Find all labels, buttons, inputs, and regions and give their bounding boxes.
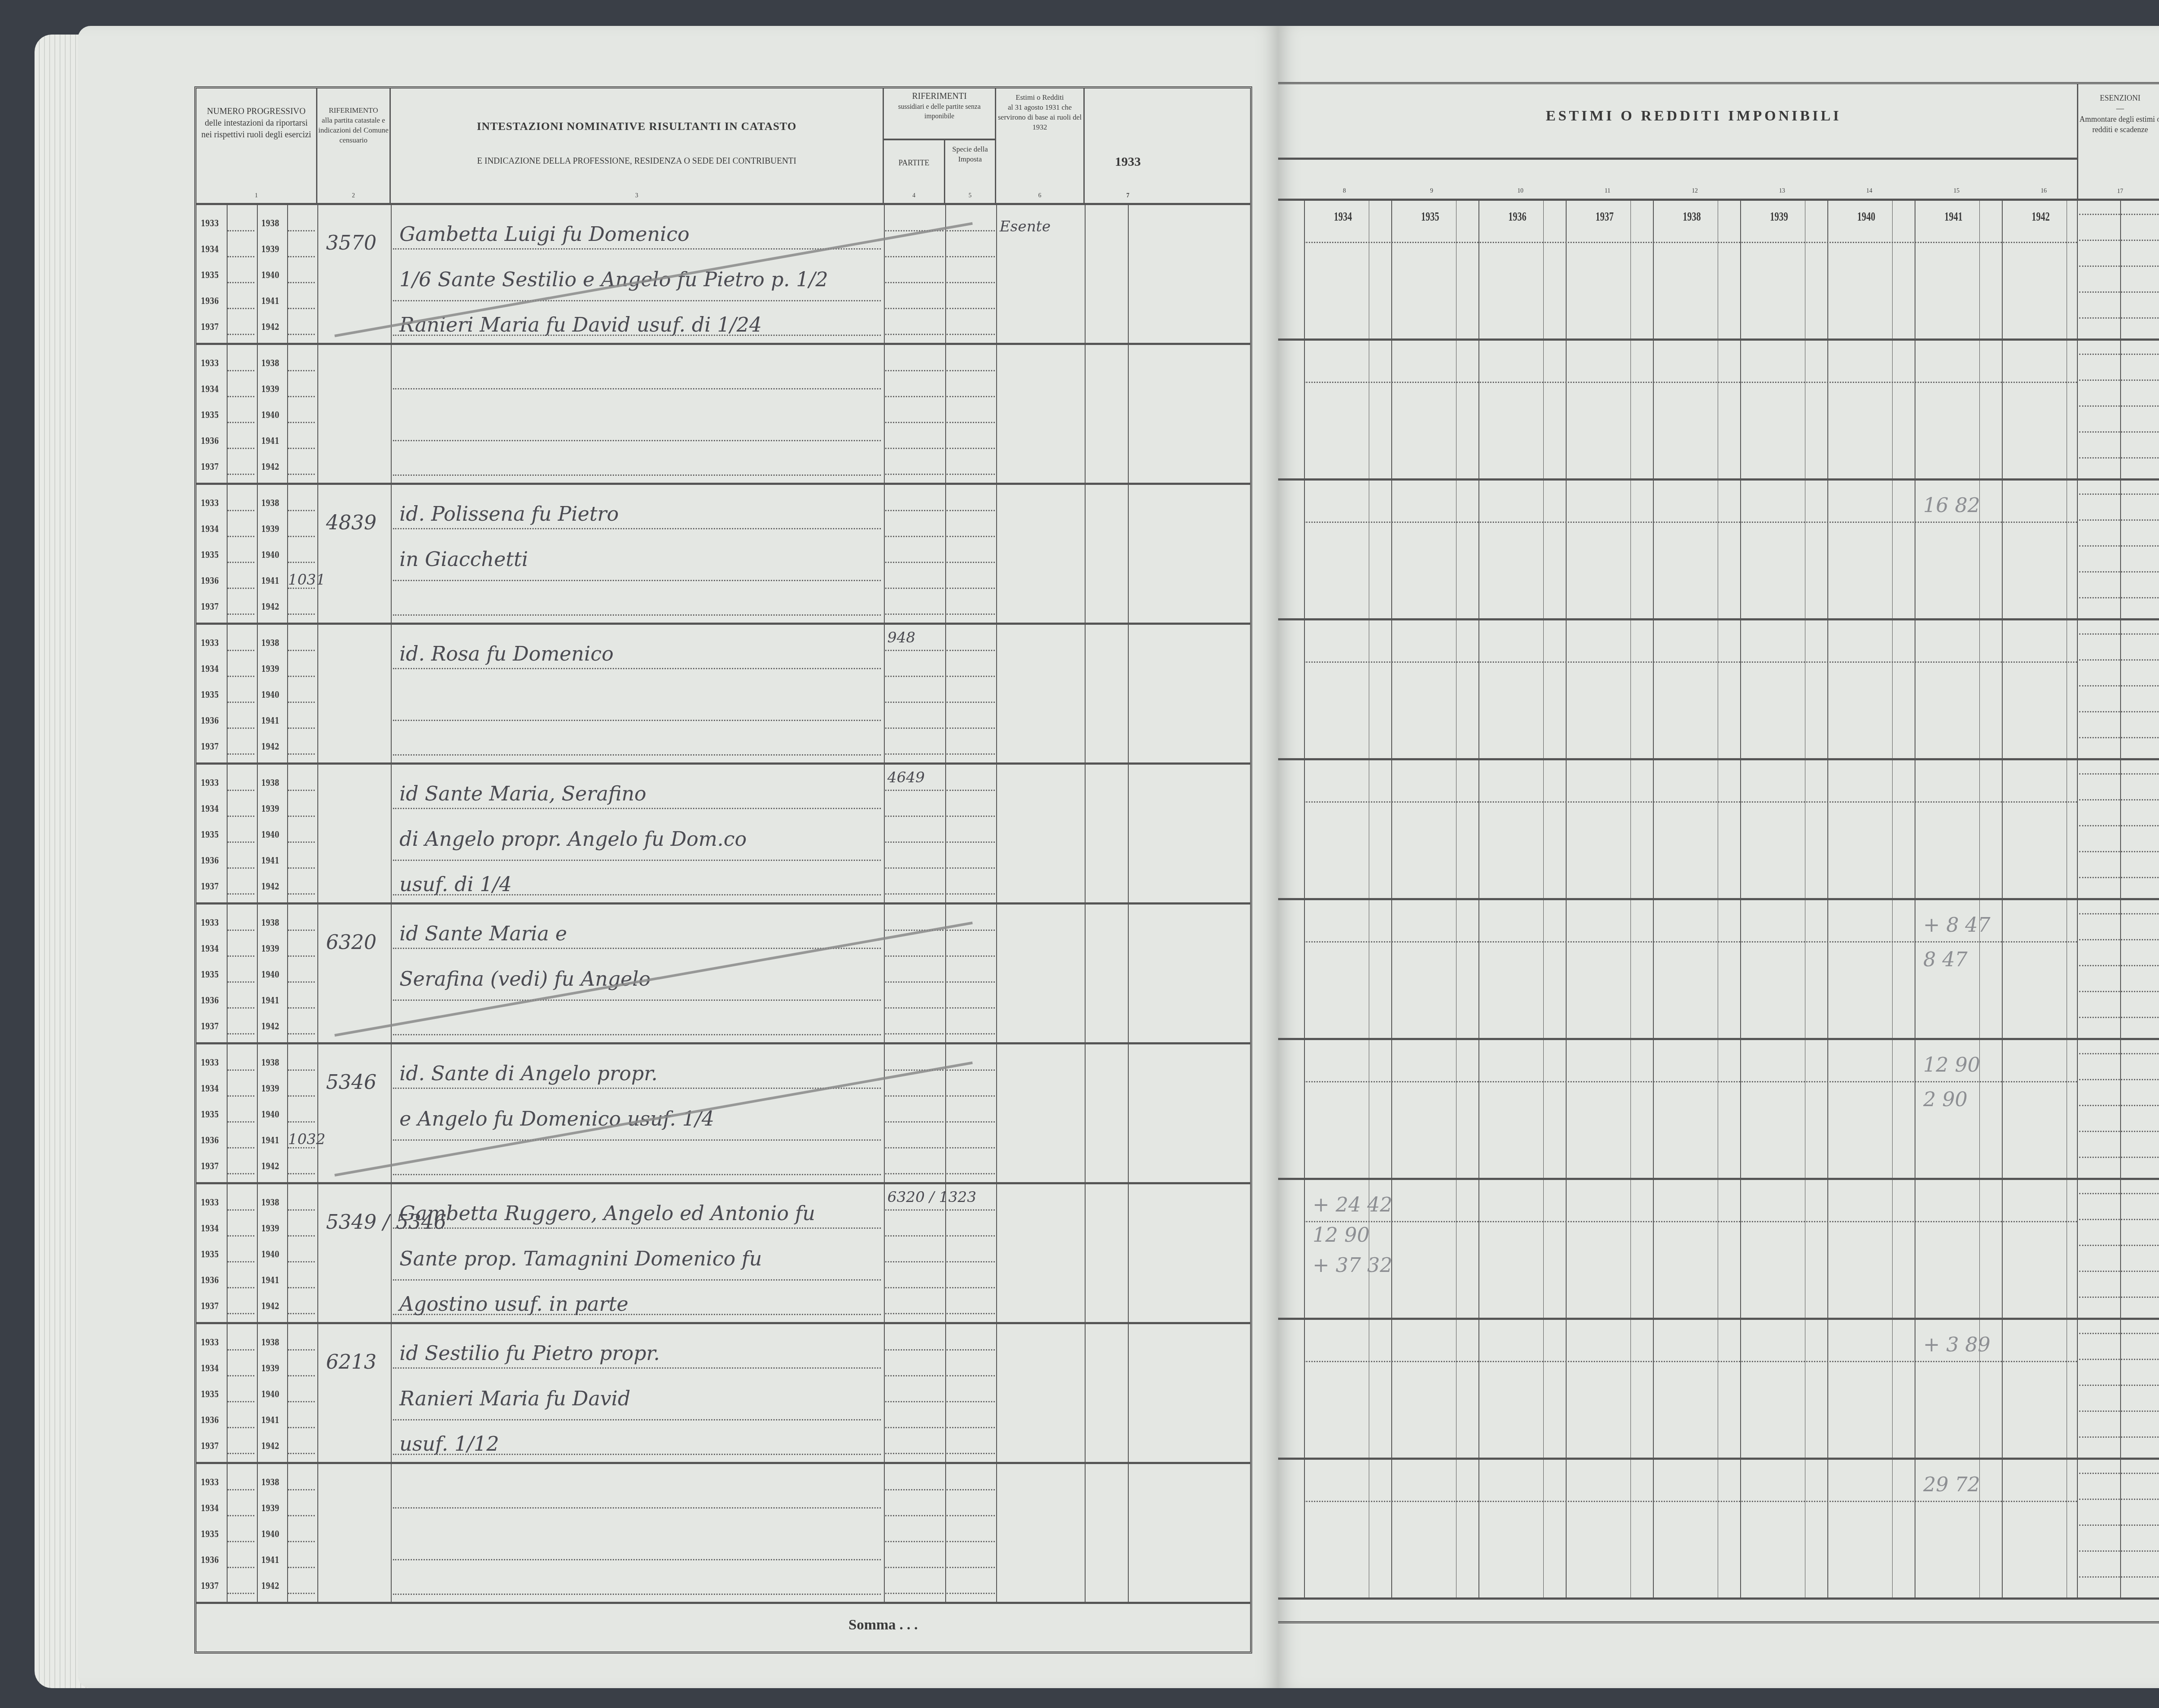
- year-label: 1942: [261, 741, 279, 752]
- year-label: 1933: [201, 778, 219, 788]
- table-row: 1933193819341939193519401936194119371942: [196, 345, 1250, 485]
- year-label: 1936: [201, 576, 219, 586]
- year-label: 1939: [261, 524, 279, 534]
- table-row: [1278, 900, 2159, 1040]
- header-numero-progressivo: NUMERO PROGRESSIVO delle intestazioni da…: [196, 89, 317, 203]
- year-label: 1935: [201, 829, 219, 840]
- estimo-value: + 3 89: [1923, 1333, 1991, 1356]
- estimo-value: 12 90: [1313, 1223, 1370, 1246]
- year-label: 1939: [261, 943, 279, 954]
- year-label: 1935: [201, 1529, 219, 1539]
- year-label: 1934: [201, 384, 219, 394]
- year-label: 1937: [201, 1441, 219, 1451]
- year-label: 1940: [261, 550, 279, 560]
- year-label: 1934: [201, 1223, 219, 1234]
- year-label: 1936: [201, 715, 219, 726]
- table-row: [1278, 341, 2159, 481]
- table-row: 1933193819341939193519401936194119371942…: [196, 1184, 1250, 1324]
- year-label: 1937: [201, 1161, 219, 1171]
- table-row: 1933193819341939193519401936194119371942…: [196, 625, 1250, 765]
- year-label: 1942: [261, 1441, 279, 1451]
- year-label: 1940: [261, 829, 279, 840]
- year-label: 1935: [201, 1249, 219, 1259]
- year-label: 1936: [201, 995, 219, 1006]
- column-number: 12: [1692, 188, 1698, 195]
- header-esenzioni: ESENZIONI — Ammontare degli estimi o red…: [2077, 84, 2159, 199]
- year-label: 1933: [201, 218, 219, 228]
- header-1933: 1933 7: [1085, 89, 1171, 203]
- intestazione-line: id Sante Maria e: [399, 922, 567, 945]
- year-label: 1934: [201, 803, 219, 814]
- intestazione-line: Agostino usuf. in parte: [399, 1292, 628, 1316]
- year-label: 1935: [201, 1109, 219, 1120]
- year-label: 1940: [261, 1109, 279, 1120]
- year-label: 1937: [201, 601, 219, 612]
- table-row: [1278, 1040, 2159, 1180]
- year-label: 1938: [261, 1477, 279, 1487]
- intestazione-line: e Angelo fu Domenico usuf. 1/4: [399, 1107, 714, 1130]
- year-label: 1938: [261, 1057, 279, 1068]
- year-label: 1942: [261, 1161, 279, 1171]
- intestazione-line: id Sante Maria, Serafino: [399, 782, 646, 805]
- header-riferimenti: RIFERIMENTI sussidiari e delle partite s…: [884, 89, 996, 140]
- table-row: 1933193819341939193519401936194119371942…: [196, 765, 1250, 905]
- year-label: 1941: [261, 436, 279, 446]
- table-row: [1278, 760, 2159, 900]
- year-label: 1941: [261, 576, 279, 586]
- year-label: 1941: [261, 1415, 279, 1425]
- header-partite: PARTITE 4: [884, 140, 945, 203]
- year-label: 1937: [201, 1021, 219, 1031]
- year-label: 1942: [261, 1581, 279, 1591]
- year-label: 1942: [261, 1021, 279, 1031]
- intestazione-line: Ranieri Maria fu David: [399, 1387, 630, 1410]
- year-label: 1933: [201, 1477, 219, 1487]
- estimo-value: + 37 32: [1313, 1253, 1393, 1277]
- year-label: 1941: [261, 296, 279, 306]
- year-label: 1942: [261, 881, 279, 892]
- year-label: 1937: [201, 462, 219, 472]
- year-label: 1935: [201, 690, 219, 700]
- year-label: 1936: [201, 1415, 219, 1425]
- table-row: [1278, 201, 2159, 341]
- year-label: 1939: [261, 384, 279, 394]
- year-label: 1941: [261, 1135, 279, 1145]
- year-label: 1941: [261, 715, 279, 726]
- table-row: [1278, 1180, 2159, 1320]
- header-intestazioni: INTESTAZIONI NOMINATIVE RISULTANTI IN CA…: [391, 89, 884, 203]
- year-label: 1938: [261, 1197, 279, 1208]
- year-label: 1938: [261, 1337, 279, 1347]
- year-label: 1936: [201, 1555, 219, 1565]
- estimo-1931-value: Esente: [1000, 218, 1051, 235]
- estimi-title: ESTIMI O REDDITI IMPONIBILI: [1546, 108, 1841, 124]
- table-row: 1933193819341939193519401936194119371942: [196, 1464, 1250, 1604]
- year-label: 1937: [201, 1301, 219, 1311]
- year-label: 1938: [261, 498, 279, 508]
- column-number: 13: [1779, 188, 1785, 195]
- year-label: 1939: [261, 1223, 279, 1234]
- year-label: 1935: [201, 1389, 219, 1399]
- year-label: 1942: [261, 322, 279, 332]
- table-row: 1933193819341939193519401936194119371942…: [196, 205, 1250, 345]
- table-row: 1933193819341939193519401936194119371942…: [196, 485, 1250, 625]
- year-label: 1935: [201, 410, 219, 420]
- year-label: 1933: [201, 638, 219, 648]
- partita-reference: 4839: [326, 511, 377, 534]
- year-label: 1934: [201, 664, 219, 674]
- intestazione-line: Sante prop. Tamagnini Domenico fu: [399, 1247, 762, 1270]
- year-label: 1934: [201, 244, 219, 254]
- year-label: 1935: [201, 550, 219, 560]
- intestazione-line: id. Polissena fu Pietro: [399, 502, 619, 525]
- partite-value: 6320 / 1323: [887, 1189, 976, 1206]
- intestazione-line: usuf. 1/12: [399, 1432, 499, 1455]
- year-label: 1941: [261, 995, 279, 1006]
- year-label: 1938: [261, 778, 279, 788]
- year-label: 1938: [261, 917, 279, 928]
- year-label: 1939: [261, 664, 279, 674]
- side-note: 1031: [288, 571, 326, 588]
- estimo-value: + 24 42: [1313, 1193, 1393, 1216]
- partita-reference: 3570: [326, 231, 377, 254]
- year-label: 1933: [201, 358, 219, 368]
- left-register-table: NUMERO PROGRESSIVO delle intestazioni da…: [194, 86, 1252, 1654]
- column-number: 11: [1605, 188, 1610, 195]
- intestazione-line: Gambetta Ruggero, Angelo ed Antonio fu: [399, 1202, 815, 1225]
- year-label: 1940: [261, 969, 279, 980]
- year-label: 1937: [201, 881, 219, 892]
- right-register-table: ESTIMI O REDDITI IMPONIBILI 193481935919…: [1278, 82, 2159, 1623]
- partita-reference: 6213: [326, 1350, 377, 1373]
- year-label: 1942: [261, 601, 279, 612]
- year-label: 1936: [201, 1275, 219, 1285]
- year-label: 1935: [201, 270, 219, 280]
- year-label: 1939: [261, 1083, 279, 1094]
- header-estimi-1931: Estimi o Redditi al 31 agosto 1931 che s…: [996, 89, 1085, 203]
- intestazione-line: usuf. di 1/4: [399, 873, 512, 896]
- column-number: 15: [1953, 188, 1960, 195]
- year-label: 1942: [261, 1301, 279, 1311]
- year-label: 1936: [201, 855, 219, 866]
- header-specie-imposta: Specie della Imposta 5: [945, 140, 996, 203]
- intestazione-line: in Giacchetti: [399, 547, 528, 571]
- side-note: 1032: [288, 1131, 326, 1148]
- year-label: 1934: [201, 1503, 219, 1513]
- partite-value: 948: [887, 629, 915, 646]
- year-label: 1940: [261, 1389, 279, 1399]
- year-label: 1933: [201, 1337, 219, 1347]
- estimo-value: + 8 47: [1923, 913, 1991, 936]
- intestazione-line: di Angelo propr. Angelo fu Dom.co: [399, 827, 747, 851]
- year-label: 1933: [201, 498, 219, 508]
- column-number: 16: [2041, 188, 2047, 195]
- table-row: 1933193819341939193519401936194119371942…: [196, 1324, 1250, 1464]
- table-row: [1278, 1460, 2159, 1600]
- year-label: 1940: [261, 410, 279, 420]
- year-label: 1940: [261, 1249, 279, 1259]
- year-label: 1941: [261, 1555, 279, 1565]
- year-label: 1942: [261, 462, 279, 472]
- intestazione-line: Gambetta Luigi fu Domenico: [399, 222, 690, 246]
- somma-label: Somma . . .: [848, 1617, 918, 1633]
- column-number: 8: [1343, 188, 1346, 195]
- year-label: 1937: [201, 1581, 219, 1591]
- column-number: 10: [1517, 188, 1523, 195]
- header-riferimento: RIFERIMENTO alla partita catastale e ind…: [317, 89, 391, 203]
- estimo-value: 16 82: [1923, 493, 1980, 517]
- year-label: 1939: [261, 244, 279, 254]
- year-label: 1936: [201, 296, 219, 306]
- year-label: 1933: [201, 1197, 219, 1208]
- year-label: 1933: [201, 1057, 219, 1068]
- table-row: [1278, 481, 2159, 620]
- year-label: 1934: [201, 524, 219, 534]
- year-label: 1938: [261, 358, 279, 368]
- partite-value: 4649: [887, 769, 925, 786]
- year-label: 1934: [201, 1083, 219, 1094]
- table-row: [1278, 620, 2159, 760]
- partita-reference: 6320: [326, 930, 377, 954]
- estimo-value: 12 90: [1923, 1053, 1980, 1076]
- year-label: 1940: [261, 270, 279, 280]
- year-label: 1941: [261, 1275, 279, 1285]
- estimo-value: 8 47: [1923, 948, 1967, 971]
- intestazione-line: id. Sante di Angelo propr.: [399, 1062, 658, 1085]
- column-number: 14: [1866, 188, 1872, 195]
- intestazione-line: id Sestilio fu Pietro propr.: [399, 1341, 660, 1365]
- year-label: 1934: [201, 943, 219, 954]
- column-number: 9: [1430, 188, 1433, 195]
- year-label: 1939: [261, 1503, 279, 1513]
- intestazione-line: id. Rosa fu Domenico: [399, 642, 614, 665]
- year-label: 1937: [201, 322, 219, 332]
- year-label: 1933: [201, 917, 219, 928]
- estimo-value: 29 72: [1923, 1473, 1980, 1496]
- year-label: 1941: [261, 855, 279, 866]
- intestazione-line: Ranieri Maria fu David usuf. di 1/24: [399, 313, 762, 336]
- table-row: 1933193819341939193519401936194119371942…: [196, 905, 1250, 1044]
- year-label: 1940: [261, 690, 279, 700]
- table-row: [1278, 1320, 2159, 1460]
- year-label: 1939: [261, 1363, 279, 1373]
- year-label: 1937: [201, 741, 219, 752]
- partita-reference: 5346: [326, 1070, 377, 1094]
- year-label: 1935: [201, 969, 219, 980]
- year-label: 1938: [261, 218, 279, 228]
- estimo-value: 2 90: [1923, 1088, 1967, 1111]
- table-row: 1933193819341939193519401936194119371942…: [196, 1044, 1250, 1184]
- year-label: 1939: [261, 803, 279, 814]
- year-label: 1938: [261, 638, 279, 648]
- year-label: 1936: [201, 1135, 219, 1145]
- year-label: 1934: [201, 1363, 219, 1373]
- year-label: 1936: [201, 436, 219, 446]
- year-label: 1940: [261, 1529, 279, 1539]
